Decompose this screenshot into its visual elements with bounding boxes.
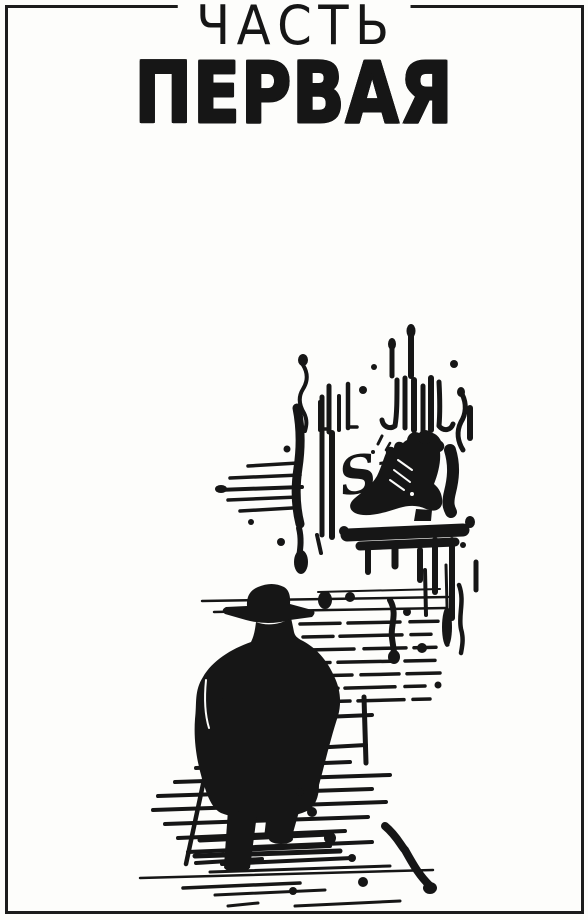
boot-heel (414, 509, 432, 521)
ink-streak (385, 826, 430, 886)
book-page: ЧАСТЬ ПЕРВАЯ (0, 0, 588, 920)
shoe-poster: Sp (334, 430, 444, 521)
part-label: ЧАСТЬ (178, 0, 410, 53)
shutter-hatching (218, 397, 332, 558)
part-title: ПЕРВАЯ (53, 51, 535, 135)
man-hat (223, 584, 315, 623)
